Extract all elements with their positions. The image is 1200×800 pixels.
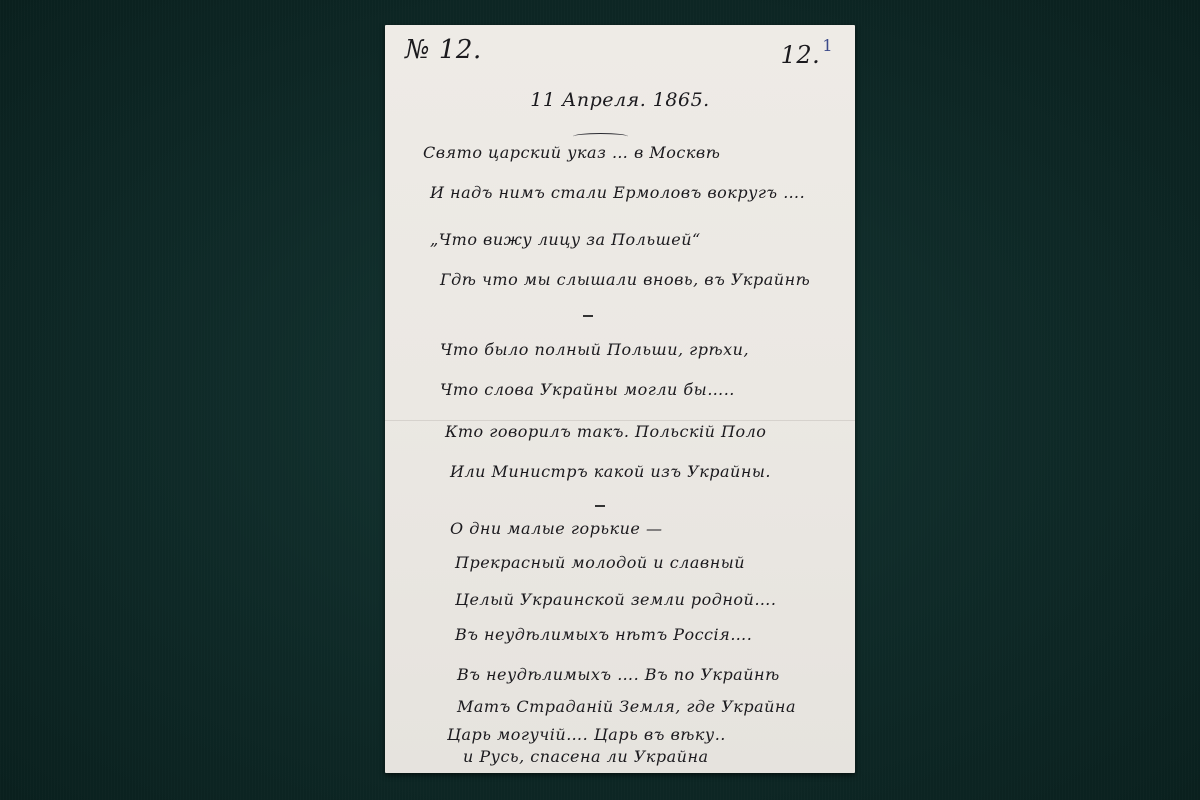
text-line: Кто говорилъ такъ. Польскій Поло bbox=[445, 422, 766, 441]
text-line: Что слова Украйны могли бы….. bbox=[440, 380, 735, 399]
page-number-right-text: 12. bbox=[781, 41, 821, 69]
pencil-mark: 1 bbox=[822, 36, 833, 55]
text-line: Целый Украинской земли родной…. bbox=[455, 590, 776, 609]
page-number-left: № 12. bbox=[405, 35, 482, 65]
flourish-divider bbox=[573, 133, 628, 140]
page-number-right: 12.1 bbox=[781, 41, 833, 69]
text-line: О дни малые горькие — bbox=[450, 519, 662, 538]
text-line: Въ неудѣлимыхъ …. Въ по Украйнѣ bbox=[457, 665, 780, 684]
text-line: Что было полный Польши, грѣхи, bbox=[440, 340, 749, 359]
text-line: „Что вижу лицу за Польшей“ bbox=[430, 230, 701, 249]
text-line: Свято царский указ … в Москвѣ bbox=[423, 143, 720, 162]
text-line: Гдѣ что мы слышали вновь, въ Украйнѣ bbox=[440, 270, 810, 289]
date-line: 11 Апреля. 1865. bbox=[385, 89, 855, 111]
text-line: Матъ Страданій Земля, где Украйна bbox=[457, 697, 796, 716]
separator-dash bbox=[583, 315, 593, 317]
text-line: И надъ нимъ стали Ермоловъ вокругъ …. bbox=[430, 183, 805, 202]
manuscript-page: № 12. 12.1 11 Апреля. 1865. Свято царски… bbox=[385, 25, 855, 773]
text-line: и Русь, спасена ли Украйна bbox=[463, 747, 709, 766]
text-line: Царь могучій…. Царь въ вѣку.. bbox=[447, 725, 726, 744]
text-line: Прекрасный молодой и славный bbox=[455, 553, 745, 572]
text-line: Въ неудѣлимыхъ нѣтъ Россія…. bbox=[455, 625, 752, 644]
separator-dash bbox=[595, 505, 605, 507]
text-line: Или Министръ какой изъ Украйны. bbox=[450, 462, 771, 481]
